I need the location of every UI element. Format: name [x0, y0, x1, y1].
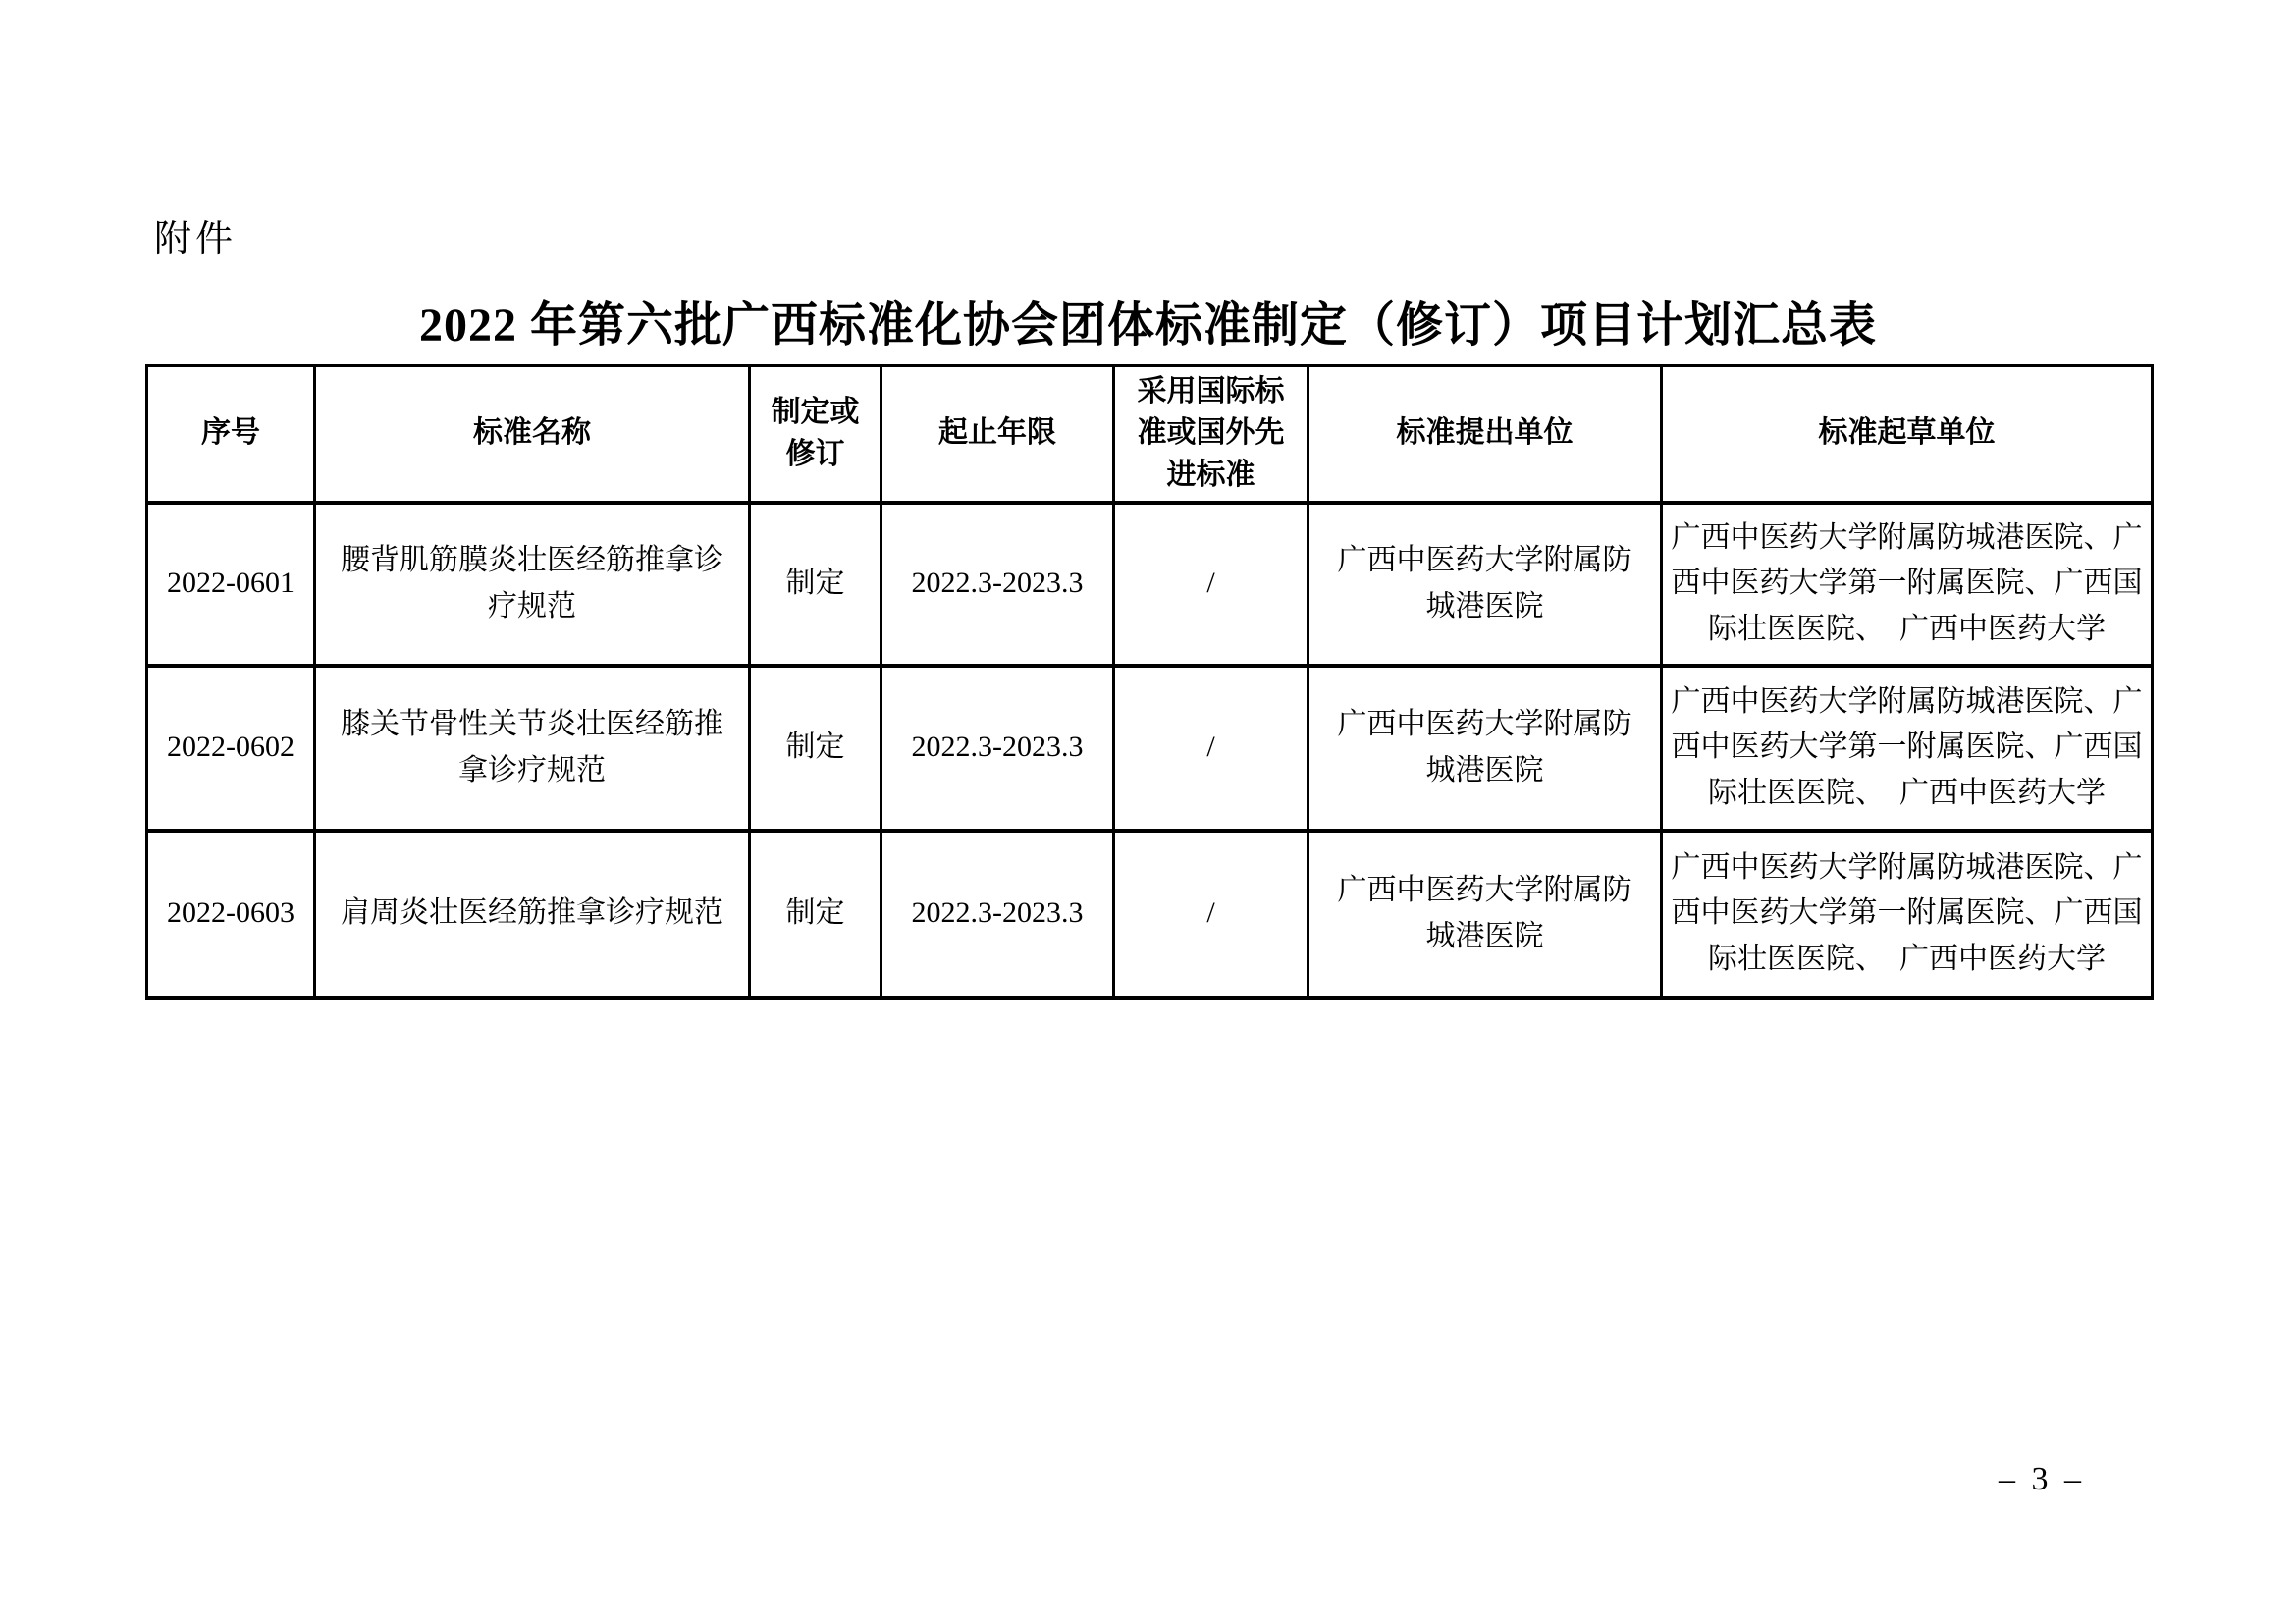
cell-serial-no: 2022-0601	[147, 503, 315, 666]
cell-proposing-unit: 广西中医药大学附属防城港医院	[1308, 831, 1662, 998]
document-page: 附件 2022 年第六批广西标准化协会团体标准制定（修订）项目计划汇总表 序号 …	[0, 0, 2296, 1624]
cell-adopt-international: /	[1114, 503, 1308, 666]
header-adopt-international: 采用国际标准或国外先进标准	[1114, 366, 1308, 503]
cell-formulate-or-revise: 制定	[750, 666, 881, 831]
page-title: 2022 年第六批广西标准化协会团体标准制定（修订）项目计划汇总表	[0, 287, 2296, 354]
table-row: 2022-0603 肩周炎壮医经筋推拿诊疗规范 制定 2022.3-2023.3…	[147, 831, 2153, 998]
cell-serial-no: 2022-0602	[147, 666, 315, 831]
table-row: 2022-0602 膝关节骨性关节炎壮医经筋推拿诊疗规范 制定 2022.3-2…	[147, 666, 2153, 831]
standards-summary-table: 序号 标准名称 制定或修订 起止年限 采用国际标准或国外先进标准 标准提出单位 …	[145, 364, 2154, 1000]
header-serial-no: 序号	[147, 366, 315, 503]
attachment-label: 附件	[154, 208, 237, 262]
cell-formulate-or-revise: 制定	[750, 503, 881, 666]
cell-proposing-unit: 广西中医药大学附属防城港医院	[1308, 503, 1662, 666]
cell-serial-no: 2022-0603	[147, 831, 315, 998]
cell-standard-name: 肩周炎壮医经筋推拿诊疗规范	[315, 831, 750, 998]
cell-time-period: 2022.3-2023.3	[881, 503, 1114, 666]
cell-adopt-international: /	[1114, 831, 1308, 998]
cell-drafting-unit: 广西中医药大学附属防城港医院、广西中医药大学第一附属医院、广西国际壮医医院、 广…	[1662, 503, 2153, 666]
cell-standard-name: 腰背肌筋膜炎壮医经筋推拿诊疗规范	[315, 503, 750, 666]
cell-proposing-unit: 广西中医药大学附属防城港医院	[1308, 666, 1662, 831]
header-standard-name: 标准名称	[315, 366, 750, 503]
header-proposing-unit: 标准提出单位	[1308, 366, 1662, 503]
page-number: – 3 –	[1999, 1461, 2085, 1498]
cell-drafting-unit: 广西中医药大学附属防城港医院、广西中医药大学第一附属医院、广西国际壮医医院、 广…	[1662, 666, 2153, 831]
table-header-row: 序号 标准名称 制定或修订 起止年限 采用国际标准或国外先进标准 标准提出单位 …	[147, 366, 2153, 503]
cell-time-period: 2022.3-2023.3	[881, 666, 1114, 831]
cell-drafting-unit: 广西中医药大学附属防城港医院、广西中医药大学第一附属医院、广西国际壮医医院、 广…	[1662, 831, 2153, 998]
header-formulate-or-revise: 制定或修订	[750, 366, 881, 503]
cell-standard-name: 膝关节骨性关节炎壮医经筋推拿诊疗规范	[315, 666, 750, 831]
header-time-period: 起止年限	[881, 366, 1114, 503]
table-row: 2022-0601 腰背肌筋膜炎壮医经筋推拿诊疗规范 制定 2022.3-202…	[147, 503, 2153, 666]
cell-formulate-or-revise: 制定	[750, 831, 881, 998]
cell-time-period: 2022.3-2023.3	[881, 831, 1114, 998]
header-drafting-unit: 标准起草单位	[1662, 366, 2153, 503]
cell-adopt-international: /	[1114, 666, 1308, 831]
